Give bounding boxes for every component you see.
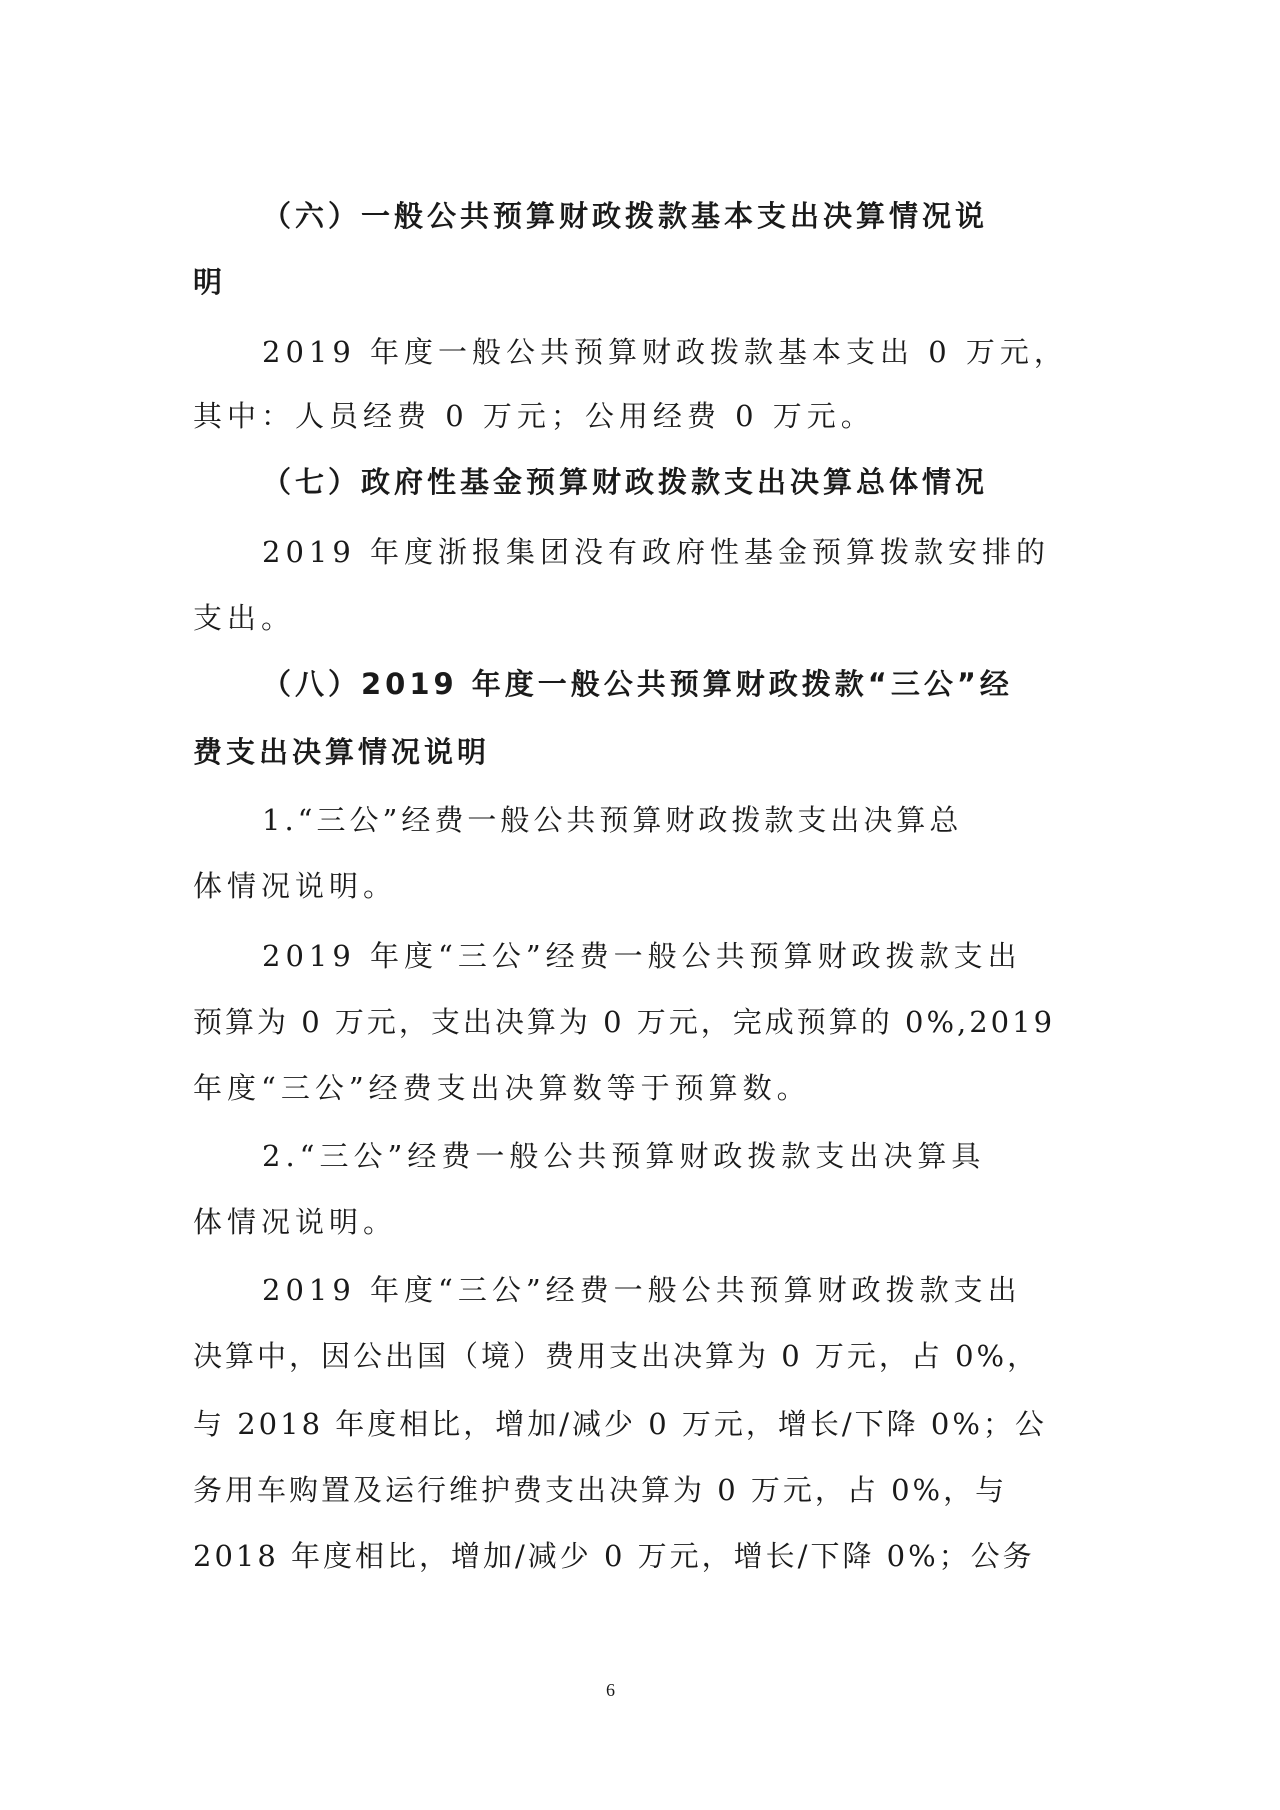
section-6-heading: （六）一般公共预算财政拨款基本支出决算情况说 [262, 196, 988, 236]
paragraph-line: 2019 年度“三公”经费一般公共预算财政拨款支出 [262, 936, 1022, 976]
paragraph-line: 决算中，因公出国（境）费用支出决算为 0 万元，占 0%， [193, 1336, 1039, 1376]
paragraph-line: 2019 年度一般公共预算财政拨款基本支出 0 万元， [262, 332, 1068, 372]
section-6-heading-cont: 明 [193, 262, 226, 302]
subsection-1-heading: 1.“三公”经费一般公共预算财政拨款支出决算总 [262, 800, 962, 840]
paragraph-line: 其中：人员经费 0 万元；公用经费 0 万元。 [193, 396, 875, 436]
subsection-2-heading: 2.“三公”经费一般公共预算财政拨款支出决算具 [262, 1136, 985, 1176]
section-7-heading: （七）政府性基金预算财政拨款支出决算总体情况 [262, 462, 988, 502]
paragraph-line: 务用车购置及运行维护费支出决算为 0 万元，占 0%，与 [193, 1470, 1007, 1510]
section-8-heading-cont: 费支出决算情况说明 [193, 732, 490, 772]
paragraph-line: 支出。 [193, 598, 295, 638]
paragraph-line: 预算为 0 万元，支出决算为 0 万元，完成预算的 0%,2019 [193, 1002, 1055, 1042]
paragraph-line: 2019 年度浙报集团没有政府性基金预算拨款安排的 [262, 532, 1050, 572]
section-8-heading: （八）2019 年度一般公共预算财政拨款“三公”经 [262, 664, 1013, 704]
paragraph-line: 2018 年度相比，增加/减少 0 万元，增长/下降 0%；公务 [193, 1536, 1035, 1576]
paragraph-line: 与 2018 年度相比，增加/减少 0 万元，增长/下降 0%；公 [193, 1404, 1047, 1444]
subsection-1-heading-cont: 体情况说明。 [193, 866, 397, 906]
paragraph-line: 年度“三公”经费支出决算数等于预算数。 [193, 1068, 811, 1108]
document-page: （六）一般公共预算财政拨款基本支出决算情况说 明 2019 年度一般公共预算财政… [0, 0, 1280, 1810]
paragraph-line: 2019 年度“三公”经费一般公共预算财政拨款支出 [262, 1270, 1022, 1310]
page-number: 6 [606, 1680, 615, 1701]
subsection-2-heading-cont: 体情况说明。 [193, 1202, 397, 1242]
